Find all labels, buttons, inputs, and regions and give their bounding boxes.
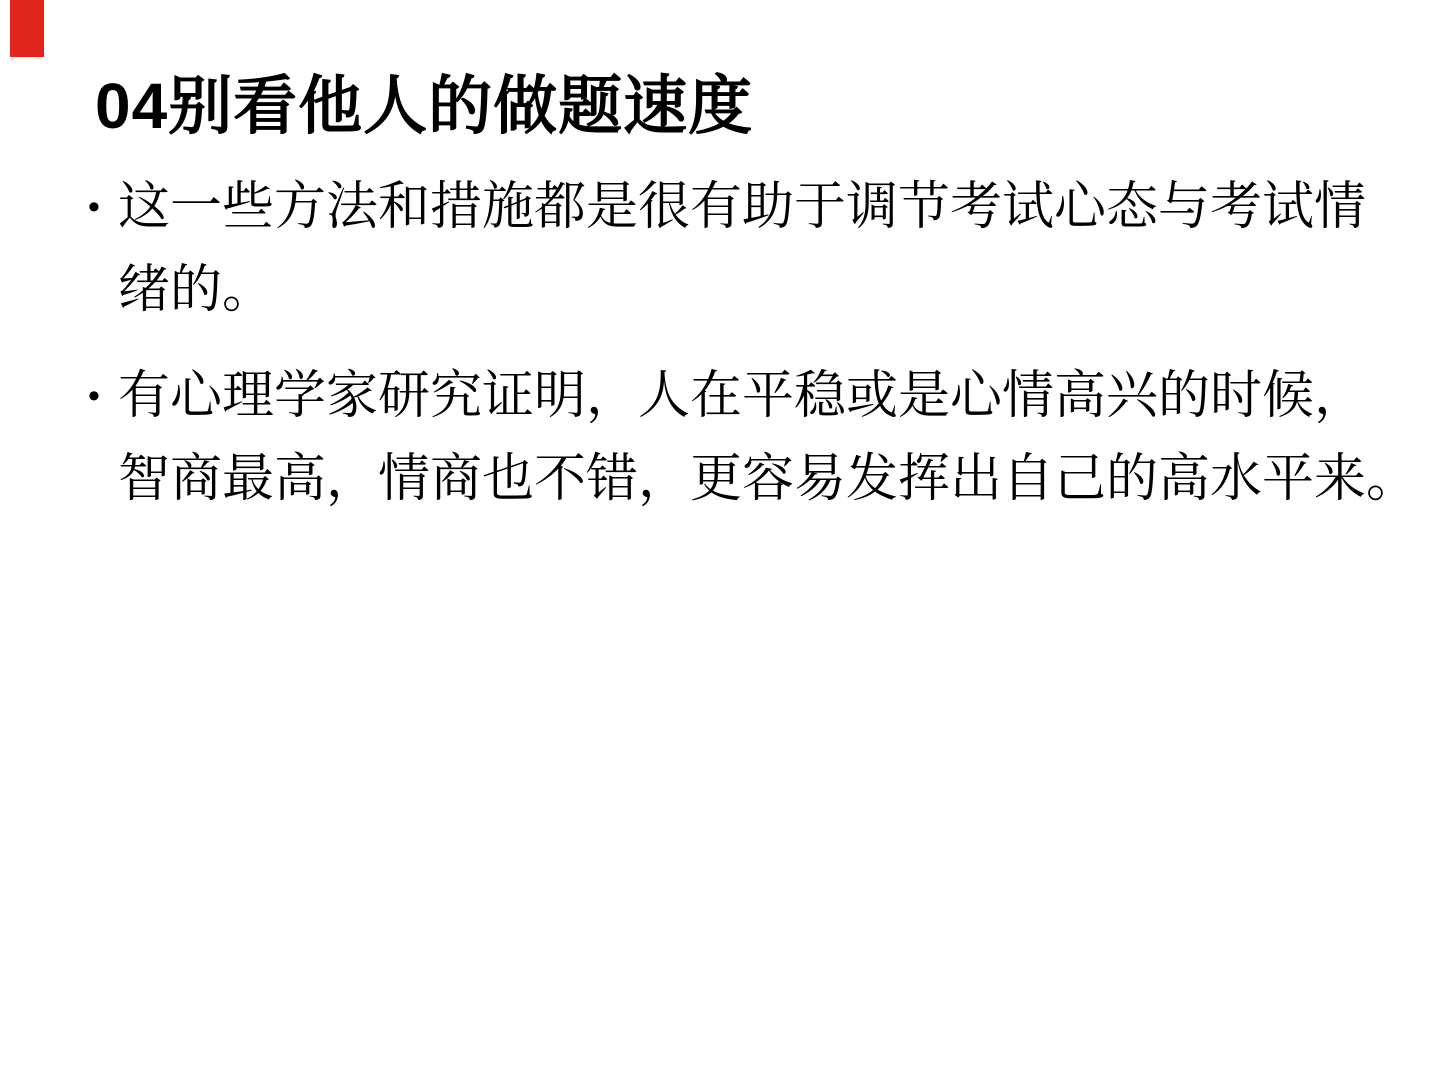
bullet-text-line: 智商最高，情商也不错，更容易发挥出自己的高水平来。 bbox=[118, 438, 1410, 521]
presentation-slide: 04别看他人的做题速度 • 这一些方法和措施都是很有助于调节考试心态与考试情 绪… bbox=[0, 0, 1440, 1080]
bullet-item: • 有心理学家研究证明，人在平稳或是心情高兴的时候， 智商最高，情商也不错，更容… bbox=[0, 355, 1410, 521]
accent-bar bbox=[10, 0, 44, 57]
bullet-text-line: 绪的。 bbox=[118, 249, 1410, 332]
bullet-marker: • bbox=[88, 166, 118, 249]
slide-title: 04别看他人的做题速度 bbox=[95, 72, 753, 140]
bullet-item: • 这一些方法和措施都是很有助于调节考试心态与考试情 绪的。 bbox=[0, 166, 1410, 332]
bullet-text-line: 这一些方法和措施都是很有助于调节考试心态与考试情 bbox=[118, 166, 1410, 249]
bullet-text-line: 有心理学家研究证明，人在平稳或是心情高兴的时候， bbox=[118, 355, 1410, 438]
bullet-marker: • bbox=[88, 355, 118, 438]
bullet-list: • 这一些方法和措施都是很有助于调节考试心态与考试情 绪的。 • 有心理学家研究… bbox=[0, 166, 1410, 521]
